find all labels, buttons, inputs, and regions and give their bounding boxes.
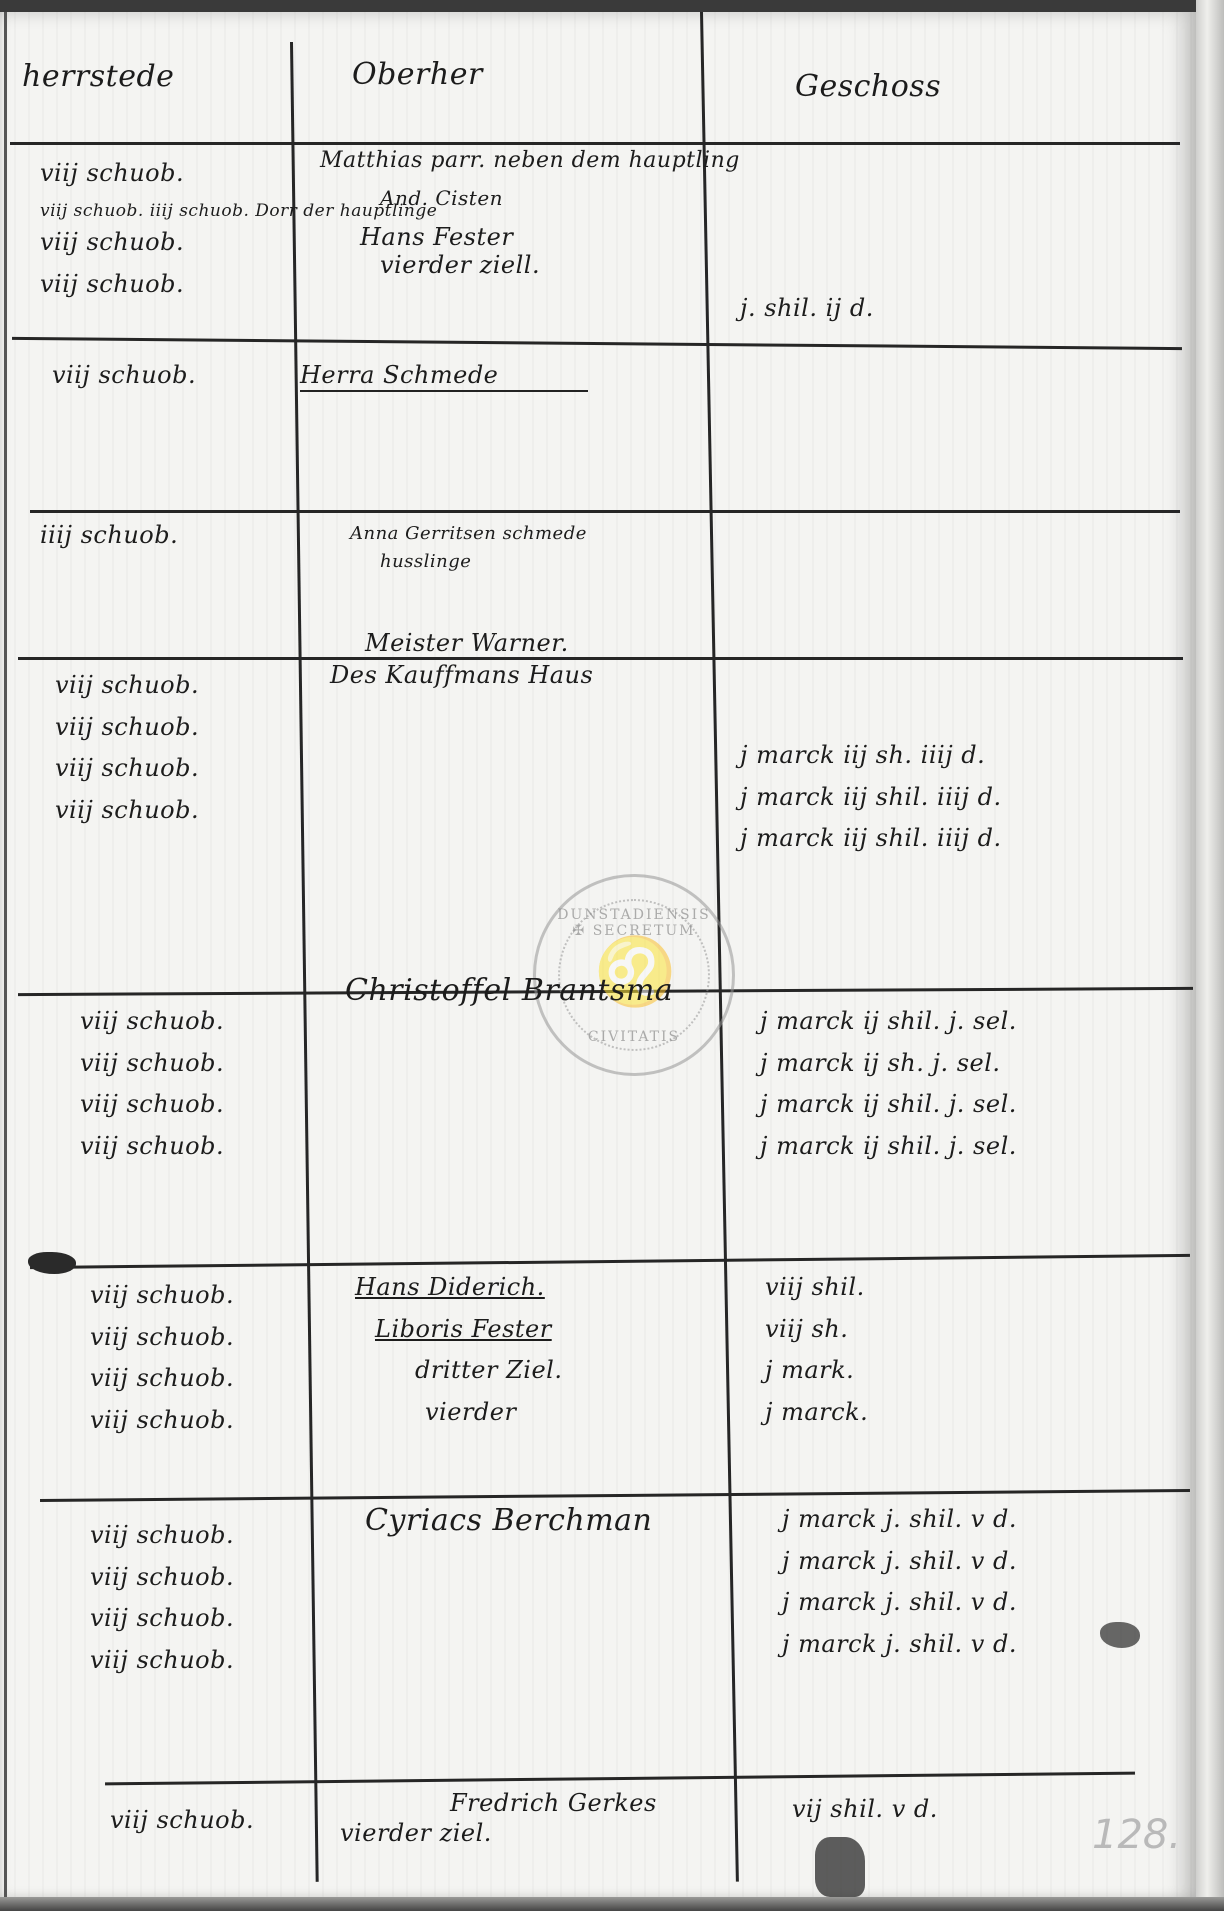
entry-col3: j. shil. ij d. [740, 295, 874, 323]
entry-col2: Herra Schmede [300, 362, 588, 392]
entry-col2: Matthias parr. neben dem hauptling And. … [320, 148, 740, 293]
row-rule [18, 657, 1183, 660]
entry-col1: viij schuob. viij schuob. viij schuob. v… [80, 1008, 224, 1174]
book-edge [0, 1897, 1224, 1911]
row-rule [30, 1254, 1190, 1269]
column-header-geschoss: Geschoss [795, 70, 941, 105]
page-margin-rule [4, 12, 7, 1907]
ink-stain [815, 1837, 865, 1897]
entry-col3: vij shil. v d. [792, 1796, 938, 1824]
row-rule [12, 337, 1182, 350]
entry-col1: viij schuob. [52, 362, 196, 390]
row-rule [40, 1489, 1190, 1502]
page-edge [1196, 0, 1224, 1911]
manuscript-page: herrstede Oberher Geschoss viij schuob. … [0, 12, 1196, 1907]
column-header-herrstede: herrstede [22, 60, 174, 95]
entry-col2: Fredrich Gerkes [450, 1790, 657, 1818]
entry-col1: viij schuob. [110, 1807, 254, 1835]
entry-col3: j marck iij sh. iiij d. j marck iij shil… [740, 742, 1002, 867]
entry-col2: Cyriacs Berchman [365, 1504, 652, 1539]
entry-col2: Christoffel Brantsma [345, 974, 673, 1009]
column-header-oberher: Oberher [352, 58, 483, 93]
row-rule [30, 510, 1180, 513]
entry-col1: iiij schuob. [40, 522, 178, 550]
row-rule [10, 142, 1180, 145]
row-rule [105, 1772, 1135, 1786]
entry-col2: husslinge [380, 552, 471, 573]
entry-col3: j marck ij shil. j. sel. j marck ij sh. … [760, 1008, 1017, 1174]
column-rule-1 [290, 42, 319, 1882]
entry-col2: Anna Gerritsen schmede [350, 524, 587, 545]
entry-col1: viij schuob. viij schuob. viij schuob. v… [55, 672, 199, 838]
entry-col3: j marck j. shil. v d. j marck j. shil. v… [782, 1506, 1017, 1672]
entry-col1: viij schuob. viij schuob. viij schuob. v… [90, 1282, 234, 1448]
folio-number: 128. [1092, 1812, 1181, 1858]
entry-col2: vierder ziel. [340, 1820, 492, 1848]
entry-col1: viij schuob. viij schuob. viij schuob. v… [90, 1522, 234, 1688]
entry-col2: Meister Warner. [365, 630, 569, 658]
entry-col2: Hans Diderich. Liboris Fester dritter Zi… [355, 1274, 562, 1440]
entry-col2: Des Kauffmans Haus [330, 662, 593, 690]
ink-smudge [1100, 1622, 1140, 1648]
ink-blot [28, 1252, 76, 1274]
entry-col3: viij shil. viij sh. j mark. j marck. [765, 1274, 868, 1440]
